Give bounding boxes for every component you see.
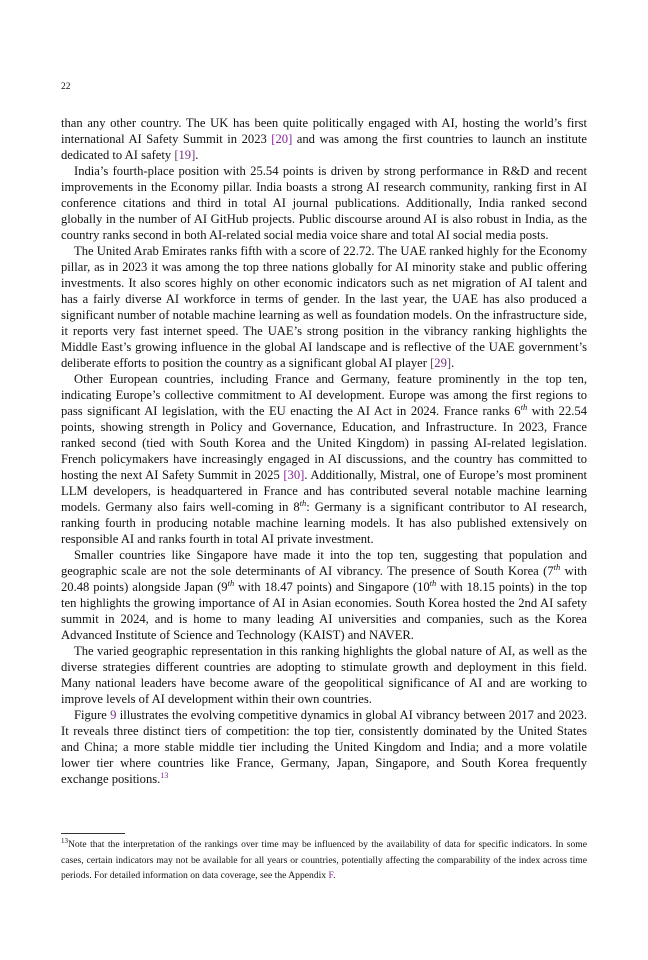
footnote-13: 13Note that the interpretation of the ra…	[61, 837, 587, 884]
paragraph: India’s fourth-place position with 25.54…	[61, 163, 587, 243]
text-run: with 18.47 points) and Singapore (10	[234, 580, 429, 594]
citation-link[interactable]: [20]	[271, 132, 292, 146]
text-run: The United Arab Emirates ranks fifth wit…	[61, 244, 587, 370]
footnote-text: Note that the interpretation of the rank…	[61, 839, 587, 881]
footnote-marker: 13	[61, 837, 68, 845]
text-run: Smaller countries like Singapore have ma…	[61, 548, 587, 578]
paragraph: Other European countries, including Fran…	[61, 371, 587, 547]
text-run: .	[451, 356, 454, 370]
paragraph: The varied geographic representation in …	[61, 643, 587, 707]
text-run: illustrates the evolving competitive dyn…	[61, 708, 587, 786]
paragraph: than any other country. The UK has been …	[61, 115, 587, 163]
paragraph: The United Arab Emirates ranks fifth wit…	[61, 243, 587, 371]
paragraph: Figure 9 illustrates the evolving compet…	[61, 707, 587, 787]
text-run: India’s fourth-place position with 25.54…	[61, 164, 587, 242]
citation-link[interactable]: [29]	[430, 356, 451, 370]
footnote-ref-link[interactable]: 13	[160, 771, 168, 780]
text-run: The varied geographic representation in …	[61, 644, 587, 706]
citation-link[interactable]: [19]	[174, 148, 195, 162]
paragraph: Smaller countries like Singapore have ma…	[61, 547, 587, 643]
footnote-rule	[61, 833, 125, 834]
citation-link[interactable]: [30]	[283, 468, 304, 482]
body-text: than any other country. The UK has been …	[61, 115, 587, 787]
text-run: Figure	[74, 708, 110, 722]
page-number: 22	[61, 82, 71, 92]
text-run: .	[195, 148, 198, 162]
footnote-end: .	[333, 870, 335, 881]
text-run: Other European countries, including Fran…	[61, 372, 587, 418]
